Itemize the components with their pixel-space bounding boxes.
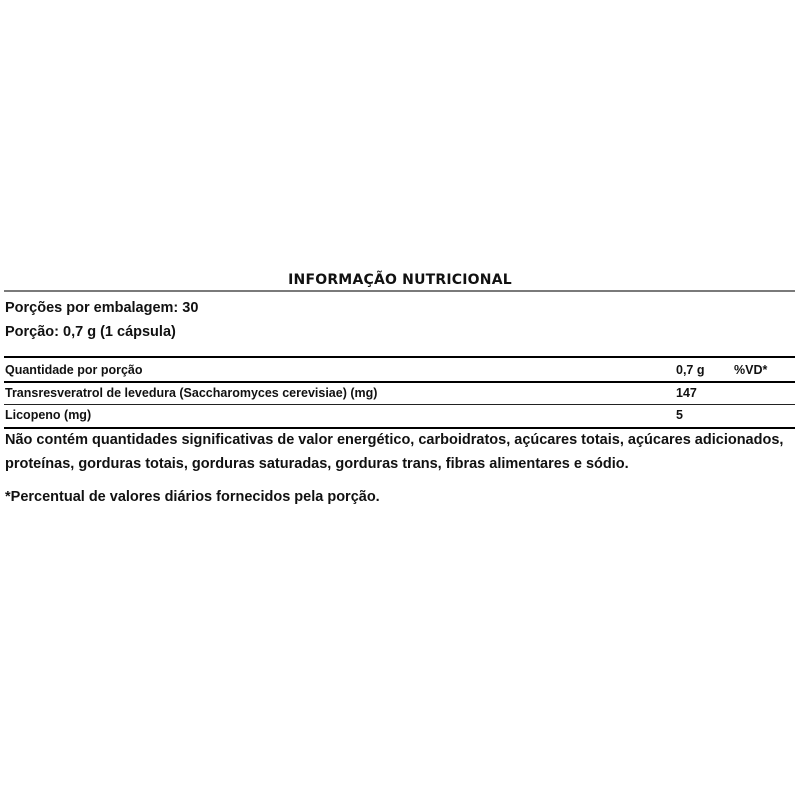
header-quantity-label: Quantidade por porção bbox=[5, 363, 143, 377]
table-row: Licopeno (mg) 5 bbox=[5, 408, 795, 428]
nutrient-name: Transresveratrol de levedura (Saccharomy… bbox=[5, 386, 377, 400]
row-divider bbox=[4, 404, 795, 405]
nutrient-amount: 147 bbox=[676, 386, 697, 400]
header-daily-value: %VD* bbox=[734, 363, 767, 377]
servings-per-package: Porções por embalagem: 30 bbox=[5, 300, 198, 316]
label-title: INFORMAÇÃO NUTRICIONAL bbox=[0, 272, 800, 288]
header-divider bbox=[4, 381, 795, 383]
disclaimer-line-2: proteínas, gorduras totais, gorduras sat… bbox=[5, 452, 800, 476]
nutrient-amount: 5 bbox=[676, 408, 683, 422]
table-row: Transresveratrol de levedura (Saccharomy… bbox=[5, 386, 795, 406]
footnote: *Percentual de valores diários fornecido… bbox=[5, 489, 380, 505]
table-header-row: Quantidade por porção 0,7 g %VD* bbox=[5, 363, 795, 383]
serving-size: Porção: 0,7 g (1 cápsula) bbox=[5, 324, 176, 340]
header-amount: 0,7 g bbox=[676, 363, 705, 377]
nutrient-name: Licopeno (mg) bbox=[5, 408, 91, 422]
title-divider bbox=[4, 290, 795, 292]
table-top-divider bbox=[4, 356, 795, 358]
disclaimer: Não contém quantidades significativas de… bbox=[5, 428, 800, 476]
disclaimer-line-1: Não contém quantidades significativas de… bbox=[5, 428, 800, 452]
